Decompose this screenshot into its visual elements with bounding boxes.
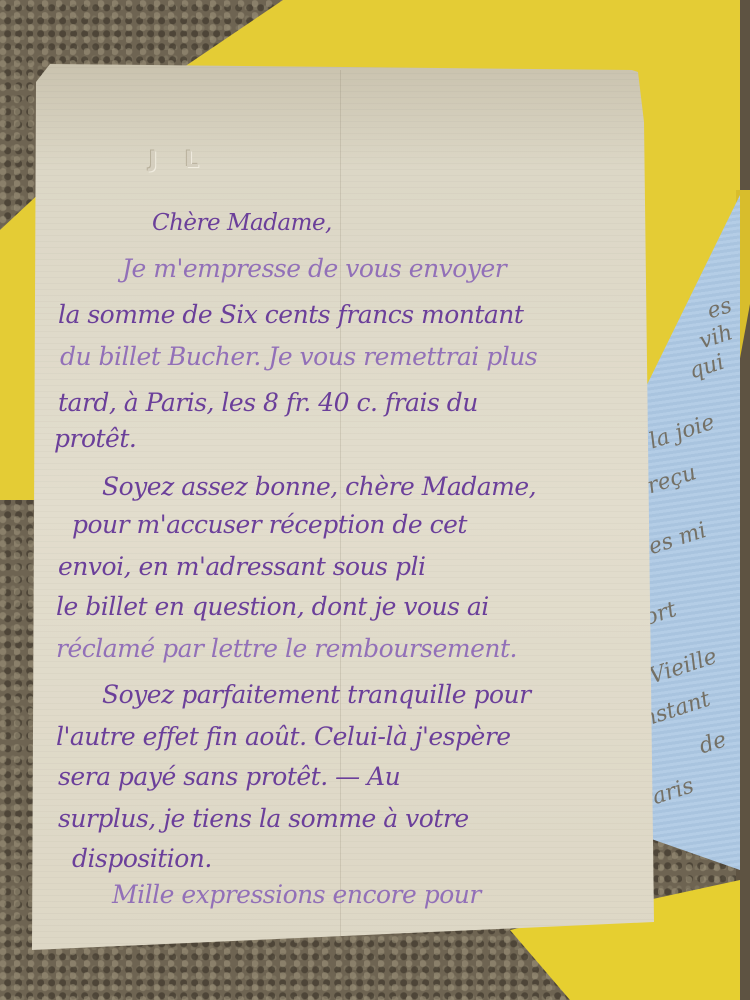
letter-line: protêt. [54, 424, 136, 453]
letter-line: Soyez parfaitement tranquille pour [102, 680, 531, 709]
letter-line: pour m'accuser réception de cet [72, 510, 467, 539]
letter-line: surplus, je tiens la somme à votre [58, 804, 469, 833]
handwritten-letter: J L Chère Madame, Je m'empresse de vous … [32, 62, 654, 950]
letter-line: l'autre effet fin août. Celui-là j'espèr… [56, 722, 511, 751]
letter-line: Soyez assez bonne, chère Madame, [102, 472, 536, 501]
salutation: Chère Madame, [152, 210, 332, 236]
letter-line: du billet Bucher. Je vous remettrai plus [60, 342, 537, 371]
letter-line: réclamé par lettre le remboursement. [56, 634, 517, 663]
letter-line: tard, à Paris, les 8 fr. 40 c. frais du [58, 388, 478, 417]
letter-line: la somme de Six cents francs montant [58, 300, 523, 329]
letter-line: le billet en question, dont je vous ai [56, 592, 489, 621]
letter-line: Mille expressions encore pour [112, 880, 481, 909]
letter-line: disposition. [72, 844, 212, 873]
letter-line: sera payé sans protêt. — Au [58, 762, 400, 791]
letter-line: Je m'empresse de vous envoyer [122, 254, 506, 283]
letter-line: envoi, en m'adressant sous pli [58, 552, 425, 581]
embossed-monogram: J L [149, 148, 209, 173]
